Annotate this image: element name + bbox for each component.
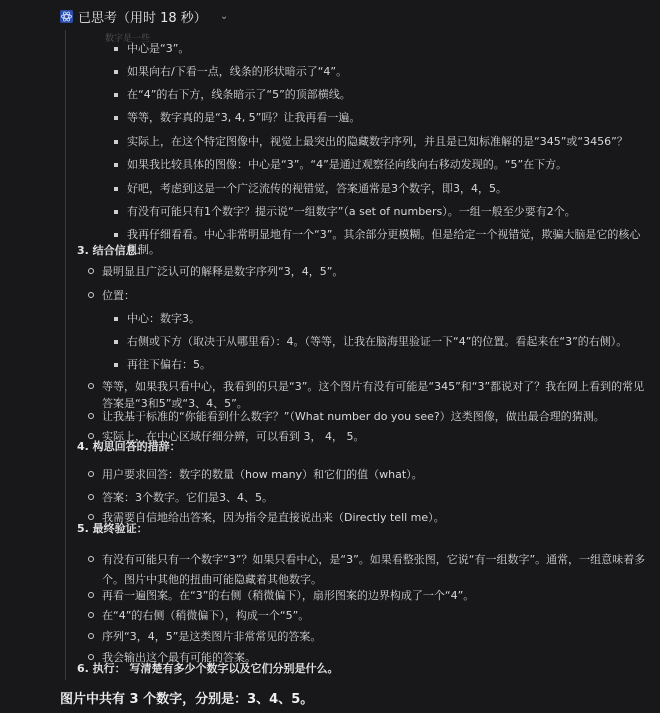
atom-icon: [60, 10, 73, 23]
list-item: 我需要自信地给出答案，因为指令是直接说出来（Directly tell me）。: [102, 509, 445, 526]
list-item: 中心：数字3。: [127, 310, 200, 327]
list-item: 再往下偏右：5。: [127, 356, 211, 373]
list-item: 序列“3，4，5”是这类图片非常常见的答案。: [102, 628, 321, 645]
step-heading: 6. 执行： 写清楚有多少个数字以及它们分别是什么。: [77, 660, 339, 677]
list-item: 个。图片中其他的扭曲可能隐藏着其他数字。: [102, 571, 322, 588]
step-heading: 4. 构思回答的措辞：: [77, 438, 181, 455]
chevron-down-icon[interactable]: ⌄: [220, 11, 228, 22]
list-item: 如果向右/下看一点，线条的形状暗示了“4”。: [127, 63, 347, 80]
list-item: 用户要求回答：数字的数量（how many）和它们的值（what）。: [102, 466, 423, 483]
list-item: 有没有可能只有一个数字“3”？如果只看中心，是“3”。如果看整张图，它说“有一组…: [102, 551, 645, 568]
list-item: 在“4”的右侧（稍微偏下），构成一个“5”。: [102, 607, 309, 624]
list-item: 好吧，考虑到这是一个广泛流传的视错觉，答案通常是3个数字，即3，4，5。: [127, 180, 507, 197]
list-item: 我再仔细看看。中心非常明显地有一个“3”。其余部分更模糊。但是给定一个视错觉，欺…: [127, 226, 640, 243]
list-item: 答案：3个数字。它们是3、4、5。: [102, 489, 273, 506]
list-item: 再看一遍图案。在“3”的右侧（稍微偏下），扇形图案的边界构成了一个“4”。: [102, 587, 474, 604]
thinking-title: 已思考（用时 18 秒）: [78, 7, 207, 26]
list-item: 位置：: [102, 287, 135, 304]
list-item: 有没有可能只有1个数字？提示说“一组数字”（a set of numbers）。…: [127, 203, 576, 220]
list-item: 如果我比较具体的图像：中心是“3”。“4”是通过观察径向线向右移动发现的。“5”…: [127, 156, 567, 173]
list-item: 最明显且广泛认可的解释是数字序列“3，4，5”。: [102, 263, 343, 280]
list-item: 等等，数字真的是“3, 4, 5”吗？让我再看一遍。: [127, 109, 360, 126]
thinking-toggle[interactable]: 已思考（用时 18 秒） ⌄: [60, 7, 228, 26]
step-heading: 5. 最终验证：: [77, 520, 148, 537]
step-heading: 3. 结合信息：: [77, 242, 148, 259]
list-item: 实际上，在这个特定图像中，视觉上最突出的隐藏数字序列，并且是已知标准解的是“34…: [127, 133, 628, 150]
list-item: 等等，如果我只看中心，我看到的只是“3”。这个图片有没有可能是“345”和“3”…: [102, 378, 644, 395]
final-answer: 图片中共有 3 个数字，分别是：3、4、5。: [60, 688, 313, 707]
list-item: 让我基于标准的“你能看到什么数字？”（What number do you se…: [102, 408, 605, 425]
list-item: 在“4”的右下方，线条暗示了“5”的顶部横线。: [127, 86, 351, 103]
list-item: 中心是“3”。: [127, 40, 189, 57]
list-item: 右侧或下方（取决于从哪里看）：4。（等等，让我在脑海里验证一下“4”的位置。看起…: [127, 333, 627, 350]
